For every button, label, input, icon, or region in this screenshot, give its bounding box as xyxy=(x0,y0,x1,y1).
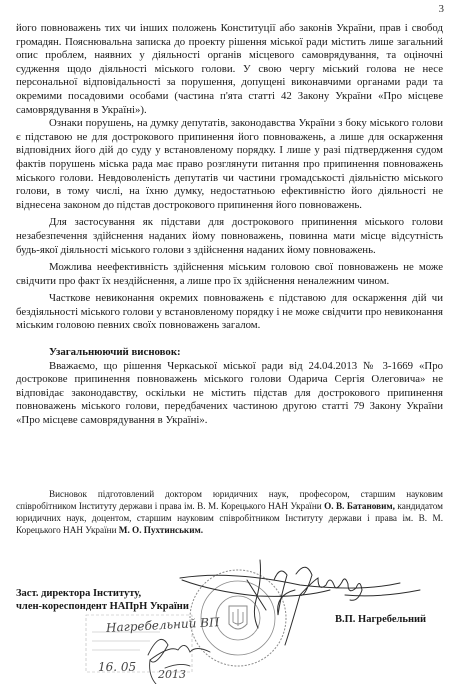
paragraph-1: його повноважень тих чи інших положень К… xyxy=(16,22,443,117)
page-number: 3 xyxy=(439,3,445,15)
signer-title-line-1: Заст. директора Інституту, xyxy=(16,587,189,600)
conclusion-heading: Узагальнюючий висновок: xyxy=(16,346,443,360)
handwritten-date-year: 2013 xyxy=(158,668,186,681)
signer-title: Заст. директора Інституту, член-кореспон… xyxy=(16,587,189,613)
author-1: О. В. Батановим, xyxy=(324,501,395,511)
paragraph-4: Можлива неефективність здійснення міськи… xyxy=(16,261,443,288)
signer-name: В.П. Нагребельний xyxy=(335,614,426,625)
document-body: його повноважень тих чи інших положень К… xyxy=(16,22,443,428)
signer-title-line-2: член-кореспондент НАПрН України xyxy=(16,600,189,613)
paragraph-5: Часткове невиконання окремих повноважень… xyxy=(16,292,443,333)
handwritten-name: Нагребельний ВП xyxy=(106,615,220,635)
handwritten-date-day: 16. 05 xyxy=(98,660,136,674)
conclusion-text: Вважаємо, що рішення Черкаської міської … xyxy=(16,360,443,428)
author-2: М. О. Пухтинським. xyxy=(119,525,203,535)
paragraph-2: Ознаки порушень, на думку депутатів, зак… xyxy=(16,117,443,212)
signature-icon xyxy=(180,560,420,645)
paragraph-3: Для застосування як підстави для дострок… xyxy=(16,216,443,257)
authorship-note: Висновок підготовлений доктором юридични… xyxy=(16,488,443,536)
